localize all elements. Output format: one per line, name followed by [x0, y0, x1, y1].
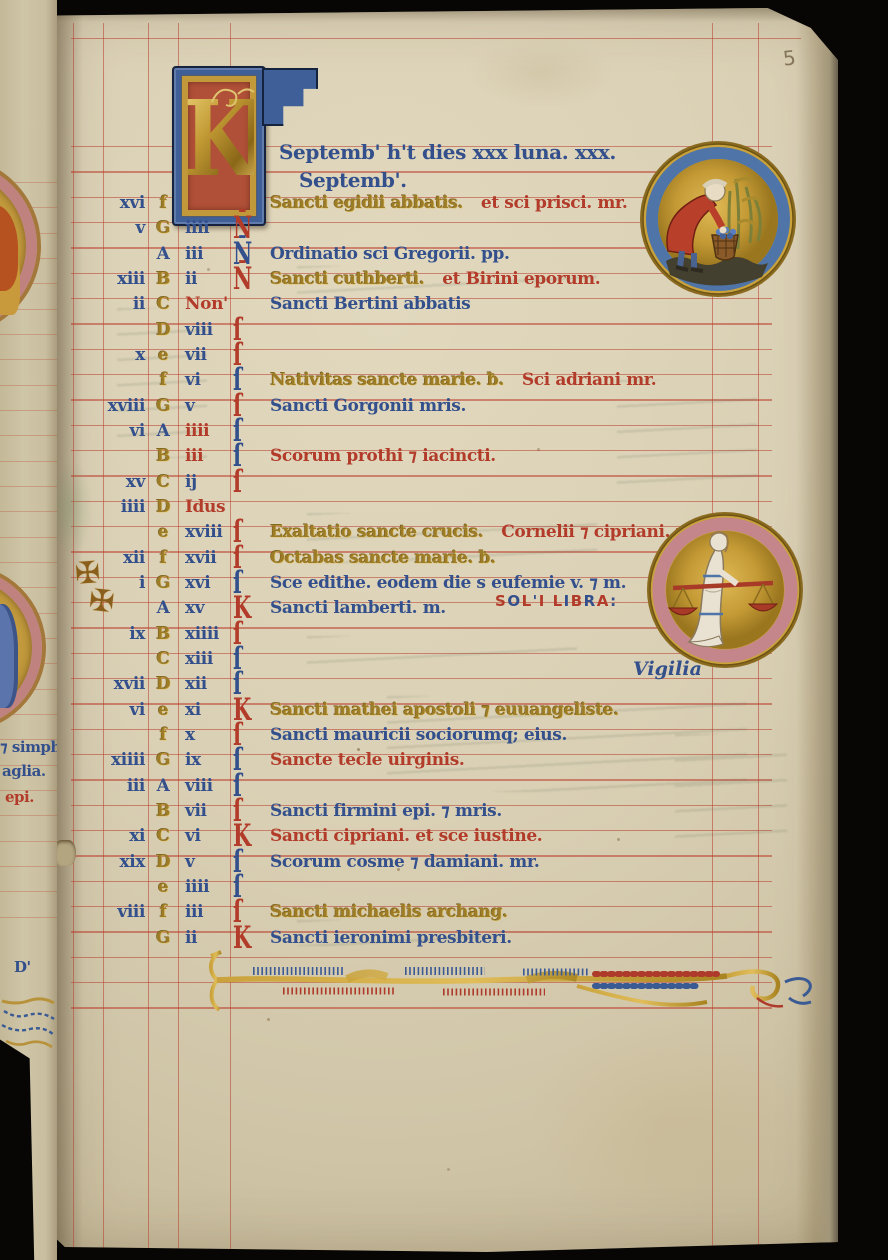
- dominical-letter: A: [151, 419, 175, 444]
- dominical-letter: G: [151, 216, 175, 241]
- calendar-row-september-26: xiCviKSancti cipriani. et sce iustine.: [57, 824, 817, 849]
- feast-entries: Scorum cosme ⁊ damiani. mr.: [270, 850, 539, 875]
- manuscript-photo: ⁊ simph' aglia. epi. D' 5 KL: [0, 0, 888, 1260]
- feast-entry: Sce edithe. eodem die s eufemie v. ⁊ m.: [270, 573, 626, 593]
- dominical-letter: D: [151, 495, 175, 520]
- calendar-row-september-8: fviſNativitas sancte marie. ƀ.Sci adrian…: [57, 368, 817, 393]
- dominical-letter: D: [151, 672, 175, 697]
- golden-number: xix: [67, 850, 145, 875]
- facing-rule-line: [0, 815, 57, 816]
- golden-number: xiiii: [67, 748, 145, 773]
- feast-entries: Sancti cipriani. et sce iustine.: [270, 824, 542, 849]
- sol-note-letter: S: [495, 592, 507, 610]
- golden-number: ii: [67, 292, 145, 317]
- golden-number: v: [67, 216, 145, 241]
- dominical-letter: G: [151, 571, 175, 596]
- facing-zodiac-roundel-fragment: [0, 568, 42, 728]
- facing-rule-line: [0, 562, 57, 563]
- rule-line: [71, 38, 801, 39]
- feast-entries: Sancti mauricii sociorumq; eius.: [270, 723, 567, 748]
- golden-number: xv: [67, 470, 145, 495]
- month-subtitle: Septemb'.: [299, 168, 407, 192]
- feast-entry: et Birini eporum.: [442, 269, 600, 289]
- facing-rule-line: [0, 486, 57, 487]
- golden-number: iii: [67, 774, 145, 799]
- facing-rule-line: [0, 511, 57, 512]
- dominical-letter: f: [151, 191, 175, 216]
- calendar-page-september: 5 KL Septemb' h't dies xxx luna. xxx. Se…: [57, 8, 838, 1252]
- dominical-letter: f: [151, 368, 175, 393]
- golden-number: xiii: [67, 267, 145, 292]
- feast-entry: Exaltatio sancte crucis.: [270, 522, 483, 542]
- feast-entries: Sancti firmini epi. ⁊ mris.: [270, 799, 502, 824]
- golden-number: ix: [67, 622, 145, 647]
- feast-entry: Sancti cipriani. et sce iustine.: [270, 826, 542, 846]
- dominical-letter: G: [151, 394, 175, 419]
- facing-text-fragment: ⁊ simph': [0, 738, 57, 756]
- feast-entries: Sancti cuthberti.et Birini eporum.: [270, 267, 600, 292]
- facing-labor-roundel-fragment: [0, 160, 37, 332]
- calendar-row-september-11: BiiiſScorum prothi ⁊ iacincti.: [57, 444, 817, 469]
- sol-in-libra-note: SOL'I LIBRA:: [495, 592, 618, 610]
- feast-entry: Sancti mathei apostoli ⁊ euuangeliste.: [270, 700, 619, 720]
- facing-rule-line: [0, 359, 57, 360]
- golden-number: xviii: [67, 394, 145, 419]
- feast-entry: Sci adriani mr.: [522, 370, 656, 390]
- feast-entry: Sancti egidii abbatis.: [270, 193, 463, 213]
- feast-entry: Sancte tecle uirginis.: [270, 750, 464, 770]
- margin-cross-icon: ✠: [87, 583, 116, 620]
- page-top-edge: [57, 8, 838, 22]
- sol-note-letter: B: [571, 592, 584, 610]
- feast-entries: Scorum prothi ⁊ iacincti.: [270, 444, 496, 469]
- dominical-letter: D: [151, 850, 175, 875]
- facing-rule-line: [0, 891, 57, 892]
- golden-number: viii: [67, 900, 145, 925]
- dominical-letter: f: [151, 546, 175, 571]
- dominical-letter: e: [151, 875, 175, 900]
- folio-number: 5: [782, 45, 797, 70]
- calendar-row-september-22: fxſSancti mauricii sociorumq; eius.: [57, 723, 817, 748]
- sol-note-letter: I: [539, 592, 546, 610]
- dominical-letter: C: [151, 824, 175, 849]
- dominical-letter: e: [151, 698, 175, 723]
- calendar-row-september-28: eiiiiſ: [57, 875, 817, 900]
- dominical-letter: e: [151, 520, 175, 545]
- feast-entries: Nativitas sancte marie. ƀ.Sci adriani mr…: [270, 368, 656, 393]
- facing-rule-line: [0, 866, 57, 867]
- calendar-row-september-21: viexiKSancti mathei apostoli ⁊ euuangeli…: [57, 698, 817, 723]
- feast-entry: Sancti firmini epi. ⁊ mris.: [270, 801, 502, 821]
- dominical-letter: f: [151, 900, 175, 925]
- parchment-stain: [467, 38, 617, 108]
- sol-note-letter: I: [564, 592, 571, 610]
- dominical-letter: A: [151, 774, 175, 799]
- golden-number: iiii: [67, 495, 145, 520]
- dominical-letter: B: [151, 444, 175, 469]
- golden-number: xvi: [67, 191, 145, 216]
- facing-rule-line: [0, 841, 57, 842]
- dominical-letter: G: [151, 926, 175, 951]
- dominical-letter: f: [151, 723, 175, 748]
- dominical-letter: A: [151, 242, 175, 267]
- facing-rule-line: [0, 537, 57, 538]
- calendar-row-september-27: xixDvſScorum cosme ⁊ damiani. mr.: [57, 850, 817, 875]
- golden-number: xvii: [67, 672, 145, 697]
- sol-note-letter: A: [597, 592, 610, 610]
- feast-entry: et sci prisci. mr.: [481, 193, 628, 213]
- feast-entry: Sancti lamberti. m.: [270, 598, 446, 618]
- facing-text-fragment: D': [14, 958, 31, 976]
- dominical-letter: G: [151, 748, 175, 773]
- feast-entries: Sancti lamberti. m.: [270, 596, 446, 621]
- feast-entries: Sancti egidii abbatis.et sci prisci. mr.: [270, 191, 627, 216]
- feast-entry: Sancti michaelis archang.: [270, 902, 508, 922]
- calendar-mark: ſ: [233, 462, 263, 499]
- parchment-stain: [527, 1018, 807, 1228]
- sol-note-letter: R: [584, 592, 597, 610]
- facing-rule-line: [0, 435, 57, 436]
- calendar-row-september-7: xeviiſ: [57, 343, 817, 368]
- facing-rule-line: [0, 714, 57, 715]
- feast-entries: Sancte tecle uirginis.: [270, 748, 464, 773]
- calendar-row-september-9: xviiiGvſSancti Gorgonii mris.: [57, 394, 817, 419]
- dominical-letter: e: [151, 343, 175, 368]
- feast-entries: Sancti mathei apostoli ⁊ euuangeliste.: [270, 698, 619, 723]
- sol-note-letter: [546, 592, 553, 610]
- month-title: Septemb' h't dies xxx luna. xxx.: [279, 140, 616, 164]
- filigree-scroll-icon: [208, 80, 258, 110]
- feast-entries: Sancti Gorgonii mris.: [270, 394, 466, 419]
- calendar-row-september-29: viiifiiiſSancti michaelis archang.: [57, 900, 817, 925]
- dominical-letter: C: [151, 292, 175, 317]
- feast-entry: Sancti Gorgonii mris.: [270, 396, 466, 416]
- calendar-row-september-24: iiiAviiiſ: [57, 774, 817, 799]
- feast-entry: Octabas sancte marie. ƀ.: [270, 548, 496, 568]
- dominical-letter: D: [151, 318, 175, 343]
- libra-roundel: [645, 510, 805, 670]
- facing-rule-line: [0, 385, 57, 386]
- calendar-mark: N̄: [233, 260, 263, 297]
- facing-rule-line: [0, 461, 57, 462]
- sol-note-letter: :: [610, 592, 618, 610]
- feast-entry: Nativitas sancte marie. ƀ.: [270, 370, 504, 390]
- facing-rule-line: [0, 917, 57, 918]
- facing-text-fragment: epi.: [5, 788, 34, 806]
- feast-entry: Sancti cuthberti.: [270, 269, 424, 289]
- facing-text-fragment: aglia.: [2, 762, 46, 780]
- feast-entries: Octabas sancte marie. ƀ.: [270, 546, 496, 571]
- feast-entry: Scorum cosme ⁊ damiani. mr.: [270, 852, 539, 872]
- dominical-letter: B: [151, 622, 175, 647]
- calendar-row-september-20: xviiDxiiſ: [57, 672, 817, 697]
- calendar-row-september-10: viAiiiiſ: [57, 419, 817, 444]
- dominical-letter: C: [151, 647, 175, 672]
- facing-rule-line: [0, 410, 57, 411]
- feast-entry: Sancti Bertini abbatis: [270, 294, 470, 314]
- feast-entry: Sancti ieronimi presbiteri.: [270, 928, 512, 948]
- facing-flourish-fragment: [0, 995, 57, 1057]
- feast-entries: Sancti michaelis archang.: [270, 900, 508, 925]
- feast-entry: Scorum prothi ⁊ iacincti.: [270, 446, 496, 466]
- dominical-letter: C: [151, 470, 175, 495]
- sol-note-letter: O: [507, 592, 521, 610]
- facing-rule-line: [0, 334, 57, 335]
- golden-number: vi: [67, 698, 145, 723]
- facing-page-sliver: ⁊ simph' aglia. epi. D': [0, 0, 57, 1260]
- golden-number: xi: [67, 824, 145, 849]
- calendar-row-september-23: xiiiiGixſSancte tecle uirginis.: [57, 748, 817, 773]
- dominical-letter: A: [151, 596, 175, 621]
- line-filler-flourish: [197, 946, 837, 1018]
- calendar-row-september-12: xvCijſ: [57, 470, 817, 495]
- calendar-row-september-6: Dviiiſ: [57, 318, 817, 343]
- dominical-letter: B: [151, 267, 175, 292]
- kalends-initial-step-extension: [262, 68, 318, 126]
- sol-note-letter: L: [553, 592, 564, 610]
- calendar-row-september-25: BviiſSancti firmini epi. ⁊ mris.: [57, 799, 817, 824]
- feast-entries: Sancti Bertini abbatis: [270, 292, 470, 317]
- feast-entry: Sancti mauricii sociorumq; eius.: [270, 725, 567, 745]
- sol-note-letter: L: [522, 592, 533, 610]
- feast-entries: Ordinatio sci Gregorii. pp.: [270, 242, 509, 267]
- september-labor-roundel: [638, 139, 798, 299]
- golden-number: vi: [67, 419, 145, 444]
- feast-entry: Ordinatio sci Gregorii. pp.: [270, 244, 509, 264]
- dominical-letter: B: [151, 799, 175, 824]
- golden-number: x: [67, 343, 145, 368]
